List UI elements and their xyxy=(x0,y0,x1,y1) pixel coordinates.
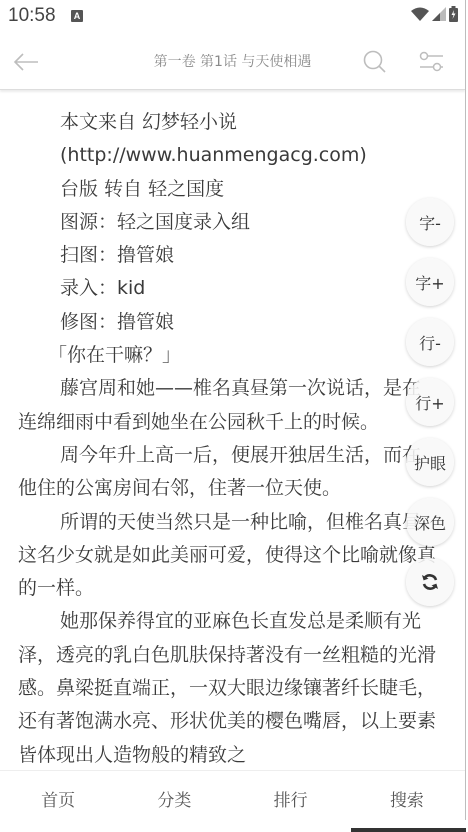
sliders-icon xyxy=(417,49,445,75)
notification-a-icon: A xyxy=(71,10,83,22)
content-paragraph: 周今年升上高一后，便展开独居生活，而在他住的公寓房间右邻，住著一位天使。 xyxy=(18,439,438,506)
content-line: 台版 转自 轻之国度 xyxy=(18,173,438,206)
content-line: 修图：撸管娘 xyxy=(18,306,438,339)
bottom-nav: 首页 分类 排行 搜索 xyxy=(0,770,465,826)
home-indicator xyxy=(351,828,466,832)
content-line: 扫图：撸管娘 xyxy=(18,239,438,272)
content-line: 「你在干嘛？」 xyxy=(18,339,438,372)
chapter-title: 第一卷 第1话 与天使相遇 xyxy=(0,51,465,71)
chapter-content: 本文来自 幻梦轻小说 (http://www.huanmengacg.com) … xyxy=(18,106,438,772)
reader-header: 第一卷 第1话 与天使相遇 xyxy=(0,34,465,90)
content-line: 录入：kid xyxy=(18,272,438,305)
content-paragraph: 所谓的天使当然只是一种比喻，但椎名真昼这名少女就是如此美丽可爱，使得这个比喻就像… xyxy=(18,506,438,606)
font-size-decrease-button[interactable]: 字- xyxy=(406,198,454,246)
font-size-increase-button[interactable]: 字+ xyxy=(406,258,454,306)
window-edge xyxy=(465,0,466,820)
refresh-button[interactable] xyxy=(406,558,454,606)
search-button[interactable] xyxy=(362,49,388,75)
dark-mode-button[interactable]: 深色 xyxy=(406,498,454,546)
content-line: 本文来自 幻梦轻小说 xyxy=(18,106,438,139)
nav-home[interactable]: 首页 xyxy=(0,771,116,826)
nav-category[interactable]: 分类 xyxy=(116,771,232,826)
nav-search[interactable]: 搜索 xyxy=(349,771,465,826)
nav-ranking[interactable]: 排行 xyxy=(233,771,349,826)
search-icon xyxy=(362,49,388,75)
signal-icon xyxy=(432,7,446,21)
content-line: (http://www.huanmengacg.com) xyxy=(18,139,438,172)
battery-charging-icon xyxy=(449,6,458,22)
content-paragraph: 藤宫周和她——椎名真昼第一次说话，是在连绵细雨中看到她坐在公园秋千上的时候。 xyxy=(18,372,438,439)
settings-button[interactable] xyxy=(417,49,445,75)
status-time: 10:58 xyxy=(8,5,56,27)
content-line: 图源：轻之国度录入组 xyxy=(18,206,438,239)
refresh-icon xyxy=(421,573,439,591)
line-spacing-decrease-button[interactable]: 行- xyxy=(406,318,454,366)
status-icons xyxy=(411,6,458,22)
status-bar: 10:58 A xyxy=(0,0,468,34)
content-paragraph: 她那保养得宜的亚麻色长直发总是柔顺有光泽，透亮的乳白色肌肤保持著没有一丝粗糙的光… xyxy=(18,605,438,771)
line-spacing-increase-button[interactable]: 行+ xyxy=(406,378,454,426)
wifi-icon xyxy=(411,7,429,21)
eye-care-mode-button[interactable]: 护眼 xyxy=(406,438,454,486)
